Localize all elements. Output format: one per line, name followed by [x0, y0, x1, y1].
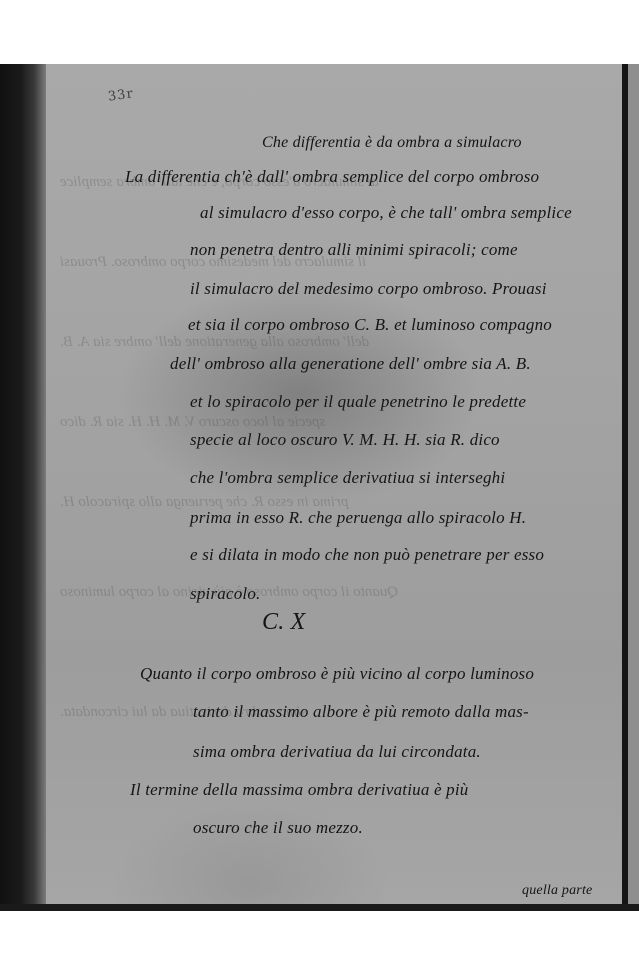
bleed-through-text: dell' ombroso alla generatione dell' omb…: [60, 334, 369, 351]
book-binding-shadow: [0, 64, 46, 911]
text-line: La differentia ch'è dall' ombra semplice…: [125, 167, 539, 187]
catchword: quella parte: [522, 883, 592, 899]
text-line: prima in esso R. che peruenga allo spira…: [190, 508, 526, 528]
folio-number: 33r: [107, 86, 135, 104]
manuscript-scan: 33r al simulacro d'esso corpo, è che tal…: [0, 64, 639, 911]
text-line: e si dilata in modo che non può penetrar…: [190, 545, 544, 565]
text-line: tanto il massimo albore è più remoto dal…: [193, 702, 529, 722]
section-heading: Che differentia è da ombra a simulacro: [262, 134, 522, 152]
text-line: il simulacro del medesimo corpo ombroso.…: [190, 279, 547, 299]
bleed-through-text: specie al loco oscuro V. M. H. H. sia R.…: [60, 414, 325, 431]
text-line: et lo spiracolo per il quale penetrino l…: [190, 392, 526, 412]
text-line: specie al loco oscuro V. M. H. H. sia R.…: [190, 430, 500, 450]
text-line: sima ombra derivatiua da lui circondata.: [193, 742, 481, 762]
text-line: Quanto il corpo ombroso è più vicino al …: [140, 664, 534, 684]
text-line: al simulacro d'esso corpo, è che tall' o…: [200, 203, 572, 223]
text-line: oscuro che il suo mezzo.: [193, 818, 363, 838]
text-line: Il termine della massima ombra derivatiu…: [130, 780, 469, 800]
page-edge-strip: [628, 64, 639, 911]
page-bottom-edge: [0, 904, 639, 911]
text-line: che l'ombra semplice derivatiua si inter…: [190, 468, 505, 488]
text-line: non penetra dentro alli minimi spiracoli…: [190, 240, 518, 260]
text-line: et sia il corpo ombroso C. B. et luminos…: [188, 315, 552, 335]
chapter-mark: C. X: [262, 609, 305, 636]
text-line: dell' ombroso alla generatione dell' omb…: [170, 354, 531, 374]
text-line: spiracolo.: [190, 584, 260, 604]
